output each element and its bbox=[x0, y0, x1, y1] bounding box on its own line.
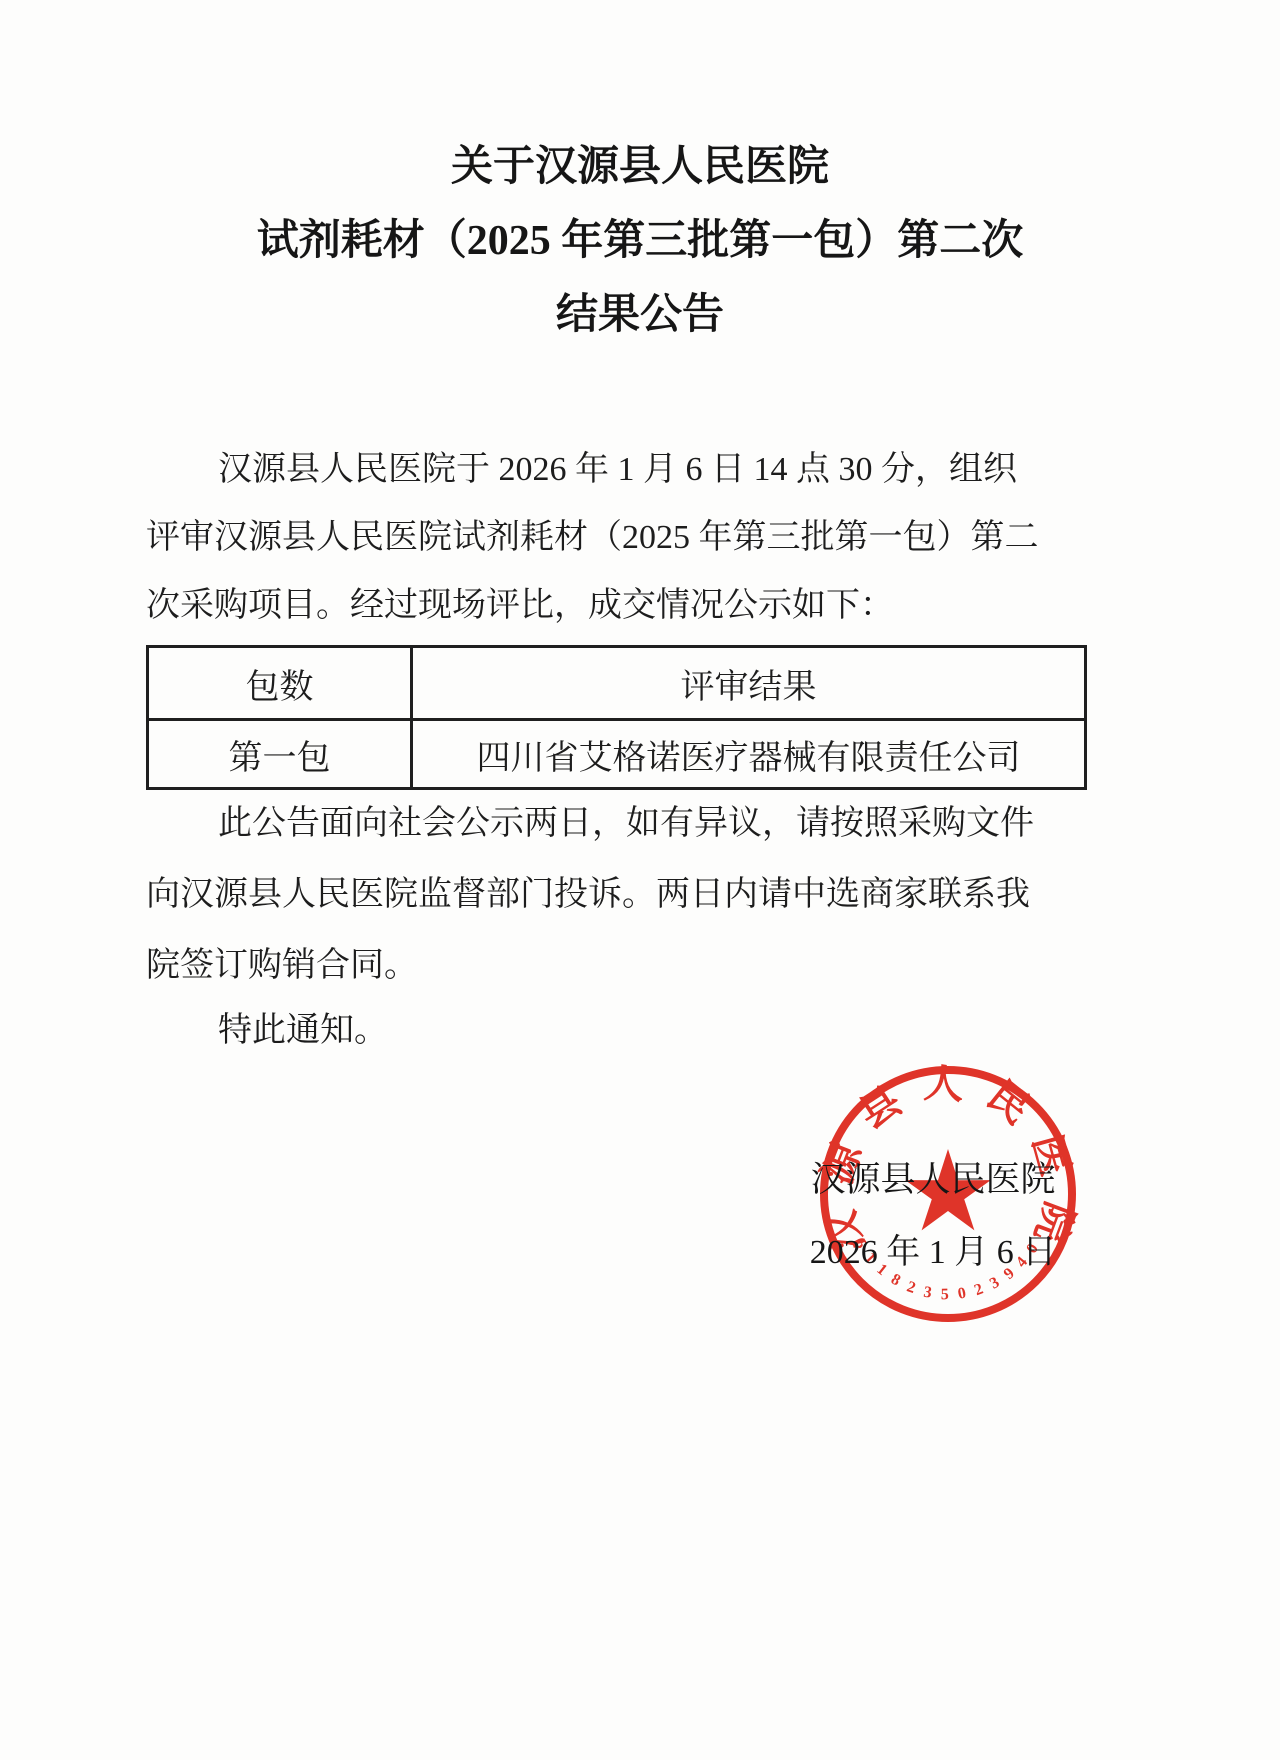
announcement-document: 关于汉源县人民医院 试剂耗材（2025 年第三批第一包）第二次 结果公告 汉源县… bbox=[0, 0, 1280, 1760]
intro-paragraph: 汉源县人民医院于 2026 年 1 月 6 日 14 点 30 分，组织 评审汉… bbox=[146, 436, 1072, 640]
cell-package-number: 第一包 bbox=[148, 720, 412, 789]
notice-line-1: 此公告面向社会公示两日，如有异议，请按照采购文件 bbox=[146, 788, 1072, 859]
document-title: 关于汉源县人民医院 试剂耗材（2025 年第三批第一包）第二次 结果公告 bbox=[0, 130, 1280, 352]
header-review-result: 评审结果 bbox=[412, 647, 1086, 720]
cell-winning-company: 四川省艾格诺医疗器械有限责任公司 bbox=[412, 720, 1086, 789]
intro-line-1: 汉源县人民医院于 2026 年 1 月 6 日 14 点 30 分，组织 bbox=[146, 436, 1072, 504]
intro-line-2: 评审汉源县人民医院试剂耗材（2025 年第三批第一包）第二 bbox=[146, 504, 1072, 572]
table-row: 第一包 四川省艾格诺医疗器械有限责任公司 bbox=[148, 720, 1086, 789]
notice-line-3: 院签订购销合同。 bbox=[146, 930, 1072, 1001]
title-line-1: 关于汉源县人民医院 bbox=[0, 130, 1280, 204]
result-table: 包数 评审结果 第一包 四川省艾格诺医疗器械有限责任公司 bbox=[146, 645, 1087, 790]
title-line-3: 结果公告 bbox=[0, 278, 1280, 352]
title-line-2: 试剂耗材（2025 年第三批第一包）第二次 bbox=[0, 204, 1280, 278]
notice-paragraph: 此公告面向社会公示两日，如有异议，请按照采购文件 向汉源县人民医院监督部门投诉。… bbox=[146, 788, 1072, 1001]
table-header-row: 包数 评审结果 bbox=[148, 647, 1086, 720]
header-package-number: 包数 bbox=[148, 647, 412, 720]
signature-organization: 汉源县人民医院 bbox=[760, 1145, 1106, 1215]
intro-line-3: 次采购项目。经过现场评比，成交情况公示如下： bbox=[146, 572, 1072, 640]
signature-date: 2026 年 1 月 6 日 bbox=[745, 1218, 1121, 1288]
notice-line-2: 向汉源县人民医院监督部门投诉。两日内请中选商家联系我 bbox=[146, 859, 1072, 930]
